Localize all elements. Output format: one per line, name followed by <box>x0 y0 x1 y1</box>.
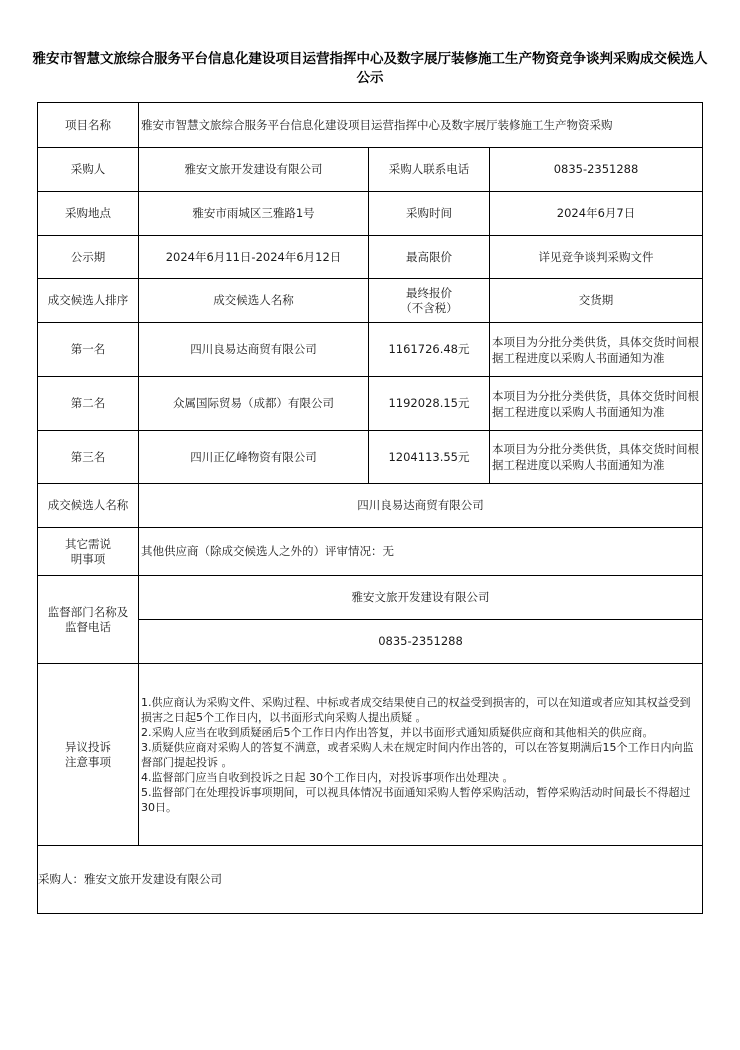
candidate-rank: 第一名 <box>38 323 139 377</box>
objection-notes: 1.供应商认为采购文件、采购过程、中标或者成交结果使自己的权益受到损害的，可以在… <box>139 664 703 846</box>
objection-label-line2: 注意事项 <box>40 755 136 770</box>
purchase-time-label: 采购时间 <box>369 192 490 236</box>
max-price-label: 最高限价 <box>369 236 490 279</box>
candidate-rank: 第二名 <box>38 377 139 431</box>
supervision-label-line1: 监督部门名称及 <box>40 605 136 620</box>
location-label: 采购地点 <box>38 192 139 236</box>
row-candidate-headers: 成交候选人排序 成交候选人名称 最终报价 （不含税） 交货期 <box>38 279 703 323</box>
candidate-delivery: 本项目为分批分类供货，具体交货时间根据工程进度以采购人书面通知为准 <box>490 323 703 377</box>
objection-item: 3.质疑供应商对采购人的答复不满意，或者采购人未在规定时间内作出答的，可以在答复… <box>141 740 700 770</box>
candidate-delivery: 本项目为分批分类供货，具体交货时间根据工程进度以采购人书面通知为准 <box>490 431 703 484</box>
objection-item: 2.采购人应当在收到质疑函后5个工作日内作出答复，并以书面形式通知质疑供应商和其… <box>141 725 700 740</box>
row-footer: 采购人：雅安文旅开发建设有限公司 <box>38 846 703 914</box>
winner-label: 成交候选人名称 <box>38 484 139 528</box>
other-matters-label: 其它需说 明事项 <box>38 528 139 576</box>
candidate-price: 1161726.48元 <box>369 323 490 377</box>
candidate-delivery: 本项目为分批分类供货，具体交货时间根据工程进度以采购人书面通知为准 <box>490 377 703 431</box>
header-price-line2: （不含税） <box>371 301 487 316</box>
objection-item: 4.监督部门应当自收到投诉之日起 30个工作日内，对投诉事项作出处理决 。 <box>141 770 700 785</box>
notice-period-value: 2024年6月11日-2024年6月12日 <box>139 236 369 279</box>
purchaser-phone-value: 0835-2351288 <box>490 148 703 192</box>
row-winner: 成交候选人名称 四川良易达商贸有限公司 <box>38 484 703 528</box>
project-name-value: 雅安市智慧文旅综合服务平台信息化建设项目运营指挥中心及数字展厅装修施工生产物资采… <box>139 103 703 148</box>
objection-label: 异议投诉 注意事项 <box>38 664 139 846</box>
other-matters-label-line1: 其它需说 <box>40 537 136 552</box>
candidate-price: 1204113.55元 <box>369 431 490 484</box>
location-value: 雅安市雨城区三雅路1号 <box>139 192 369 236</box>
row-supervision-name: 监督部门名称及 监督电话 雅安文旅开发建设有限公司 <box>38 576 703 620</box>
document-title: 雅安市智慧文旅综合服务平台信息化建设项目运营指挥中心及数字展厅装修施工生产物资竞… <box>30 50 710 88</box>
candidate-price: 1192028.15元 <box>369 377 490 431</box>
candidate-rank: 第三名 <box>38 431 139 484</box>
supervision-name-value: 雅安文旅开发建设有限公司 <box>139 576 703 620</box>
header-name: 成交候选人名称 <box>139 279 369 323</box>
header-price-line1: 最终报价 <box>371 286 487 301</box>
announcement-table: 项目名称 雅安市智慧文旅综合服务平台信息化建设项目运营指挥中心及数字展厅装修施工… <box>37 102 703 914</box>
project-name-label: 项目名称 <box>38 103 139 148</box>
winner-value: 四川良易达商贸有限公司 <box>139 484 703 528</box>
table-row: 第二名 众属国际贸易（成都）有限公司 1192028.15元 本项目为分批分类供… <box>38 377 703 431</box>
max-price-value: 详见竞争谈判采购文件 <box>490 236 703 279</box>
table-row: 第三名 四川正亿峰物资有限公司 1204113.55元 本项目为分批分类供货，具… <box>38 431 703 484</box>
header-delivery: 交货期 <box>490 279 703 323</box>
other-matters-label-line2: 明事项 <box>40 552 136 567</box>
row-other-matters: 其它需说 明事项 其他供应商（除成交候选人之外的）评审情况：无 <box>38 528 703 576</box>
purchaser-value: 雅安文旅开发建设有限公司 <box>139 148 369 192</box>
objection-label-line1: 异议投诉 <box>40 740 136 755</box>
row-objection: 异议投诉 注意事项 1.供应商认为采购文件、采购过程、中标或者成交结果使自己的权… <box>38 664 703 846</box>
row-notice-period: 公示期 2024年6月11日-2024年6月12日 最高限价 详见竞争谈判采购文… <box>38 236 703 279</box>
other-matters-value: 其他供应商（除成交候选人之外的）评审情况：无 <box>139 528 703 576</box>
objection-item: 5.监督部门在处理投诉事项期间，可以视具体情况书面通知采购人暂停采购活动，暂停采… <box>141 785 700 815</box>
purchaser-phone-label: 采购人联系电话 <box>369 148 490 192</box>
supervision-label: 监督部门名称及 监督电话 <box>38 576 139 664</box>
table-row: 第一名 四川良易达商贸有限公司 1161726.48元 本项目为分批分类供货，具… <box>38 323 703 377</box>
purchaser-label: 采购人 <box>38 148 139 192</box>
objection-item: 1.供应商认为采购文件、采购过程、中标或者成交结果使自己的权益受到损害的，可以在… <box>141 695 700 725</box>
candidate-name: 众属国际贸易（成都）有限公司 <box>139 377 369 431</box>
supervision-label-line2: 监督电话 <box>40 620 136 635</box>
row-project-name: 项目名称 雅安市智慧文旅综合服务平台信息化建设项目运营指挥中心及数字展厅装修施工… <box>38 103 703 148</box>
notice-period-label: 公示期 <box>38 236 139 279</box>
candidate-name: 四川正亿峰物资有限公司 <box>139 431 369 484</box>
row-purchaser: 采购人 雅安文旅开发建设有限公司 采购人联系电话 0835-2351288 <box>38 148 703 192</box>
header-price: 最终报价 （不含税） <box>369 279 490 323</box>
candidate-name: 四川良易达商贸有限公司 <box>139 323 369 377</box>
footer-purchaser: 采购人：雅安文旅开发建设有限公司 <box>38 846 703 914</box>
row-location: 采购地点 雅安市雨城区三雅路1号 采购时间 2024年6月7日 <box>38 192 703 236</box>
purchase-time-value: 2024年6月7日 <box>490 192 703 236</box>
supervision-phone-value: 0835-2351288 <box>139 620 703 664</box>
header-rank: 成交候选人排序 <box>38 279 139 323</box>
